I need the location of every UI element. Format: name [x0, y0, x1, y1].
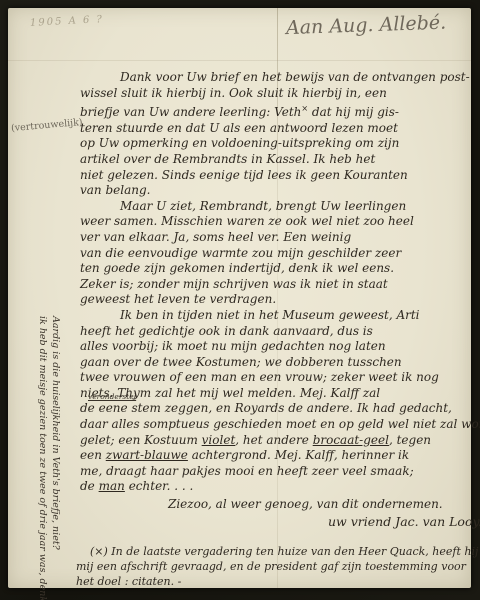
- letter-line: de man echter. . . .: [80, 479, 460, 495]
- scanned-letter-page: { "annotations": { "pencil_date": "1905 …: [0, 0, 480, 600]
- letter-line: briefje van Uw andere leerling: Veth× da…: [80, 101, 460, 121]
- letter-line: ver van elkaar. Ja, soms heel ver. Een w…: [80, 230, 460, 246]
- letter-line: van die eenvoudige warmte zou mijn gesch…: [80, 246, 460, 262]
- letter-line: veronderstelde eene stem zeggen, en Roya…: [80, 401, 460, 417]
- letter-line: weer samen. Misschien waren ze ook wel n…: [80, 214, 460, 230]
- letter-line: ten goede zijn gekomen indertijd, denk i…: [80, 261, 460, 277]
- letter-line: Maar U ziet, Rembrandt, brengt Uw leerli…: [80, 199, 460, 215]
- letter-footnote: (×) In de laatste vergadering ten huize …: [76, 544, 468, 589]
- letter-line: teren stuurde en dat U als een antwoord …: [80, 121, 460, 137]
- letter-line: Zeker is; zonder mijn schrijven was ik n…: [80, 277, 460, 293]
- underlined-word-zwart-blauwe: zwart-blauwe: [106, 448, 188, 462]
- letter-body: Dank voor Uw brief en het bewijs van de …: [80, 70, 460, 529]
- letter-line: op Uw opmerking en voldoening-uitsprekin…: [80, 136, 460, 152]
- letter-line: alles voorbij; ik moet nu mijn gedachten…: [80, 339, 460, 355]
- letter-line: twee vrouwen of een man en een vrouw; ze…: [80, 370, 460, 386]
- underlined-word-man: man: [99, 479, 125, 493]
- letter-paper: 1905 A 6 ? Aan Aug. Allebé. (vertrouweli…: [8, 8, 471, 588]
- letter-line: gaan over de twee Kostumen; we dobberen …: [80, 355, 460, 371]
- margin-note-line1: Aardig is die huiselijkheid in Veth's br…: [49, 316, 62, 598]
- letter-line: geweest het leven te verdragen.: [80, 292, 460, 308]
- letter-line: gelet; een Kostuum violet, het andere br…: [80, 433, 460, 449]
- pencil-archive-date: 1905 A 6 ?: [30, 14, 104, 29]
- letter-line: van belang.: [80, 183, 460, 199]
- closing-line: Ziezoo, al weer genoeg, van dit ondernem…: [80, 497, 460, 513]
- letter-line: artikel over de Rembrandts in Kassel. Ik…: [80, 152, 460, 168]
- footnote-line: (×) In de laatste vergadering ten huize …: [76, 544, 468, 559]
- letter-line: wissel sluit ik hierbij in. Ook sluit ik…: [80, 86, 460, 102]
- pencil-addressee: Aan Aug. Allebé.: [286, 11, 467, 39]
- letter-line: niet gelezen. Sinds eenige tijd lees ik …: [80, 168, 460, 184]
- underlined-word-brocaat-geel: brocaat-geel: [313, 433, 389, 447]
- signature: uw vriend Jac. van Looy.: [80, 514, 460, 530]
- footnote-line: het doel : citaten. -: [76, 574, 468, 589]
- margin-note-line2: ik heb dit meisje gezien toen ze twee of…: [36, 316, 49, 598]
- letter-line: Ik ben in tijden niet in het Museum gewe…: [80, 308, 460, 324]
- letter-line: niets. Thym zal het mij wel melden. Mej.…: [80, 386, 460, 402]
- letter-line: me, draagt haar pakjes mooi en heeft zee…: [80, 464, 460, 480]
- underlined-word-violet: violet: [202, 433, 236, 447]
- horizontal-fold-crease: [8, 60, 471, 61]
- footnote-line: mij een afschrift gevraagd, en de presid…: [76, 559, 468, 574]
- margin-note-confidential: (vertrouwelijk): [11, 117, 83, 134]
- letter-line: een zwart-blauwe achtergrond. Mej. Kalff…: [80, 448, 460, 464]
- letter-line: Dank voor Uw brief en het bewijs van de …: [80, 70, 460, 86]
- margin-note-vertical: Aardig is die huiselijkheid in Veth's br…: [36, 316, 62, 598]
- interlinear-insertion: veronderstel: [88, 393, 136, 401]
- letter-line: daar alles somptueus geschieden moet en …: [80, 417, 460, 433]
- letter-line: heeft het gedichtje ook in dank aanvaard…: [80, 324, 460, 340]
